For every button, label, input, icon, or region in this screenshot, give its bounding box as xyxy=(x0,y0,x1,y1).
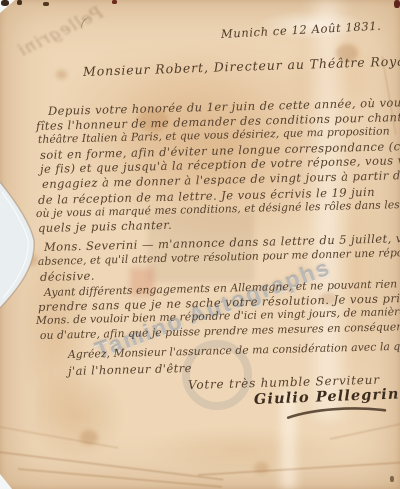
body-line: décisive. xyxy=(40,270,95,285)
torn-edge-notch xyxy=(0,182,44,308)
letter-photo: Pellegrini Tamino Autographs Munich ce 1… xyxy=(0,0,400,489)
